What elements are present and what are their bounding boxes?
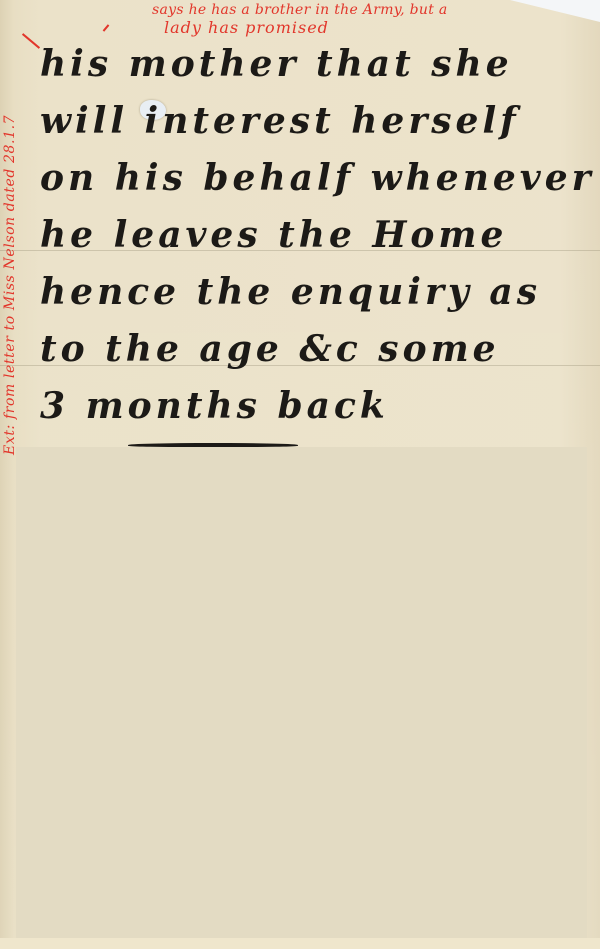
annotation-line: says he has a brother in the Army, but a [152, 2, 597, 19]
annotation-line: lady has promised [152, 19, 597, 36]
handwritten-body: his mother that she will interest hersel… [40, 36, 580, 435]
letter-page: says he has a brother in the Army, but a… [0, 0, 600, 949]
red-margin-annotation: Ext: from letter to Miss Nelson dated 28… [2, 115, 18, 455]
red-mark [22, 33, 40, 49]
handwritten-line: will interest herself [40, 93, 580, 150]
handwritten-line: he leaves the Home [40, 207, 580, 264]
handwritten-line: to the age &c some [40, 321, 580, 378]
handwritten-line: 3 months back [40, 378, 580, 435]
red-mark [103, 24, 110, 31]
handwritten-line: his mother that she [40, 36, 580, 93]
redacted-area [16, 447, 587, 938]
red-annotation-top: says he has a brother in the Army, but a… [152, 2, 597, 36]
handwritten-line: hence the enquiry as [40, 264, 580, 321]
handwritten-line: on his behalf whenever [40, 150, 580, 207]
paper-bottom-edge [0, 938, 600, 949]
